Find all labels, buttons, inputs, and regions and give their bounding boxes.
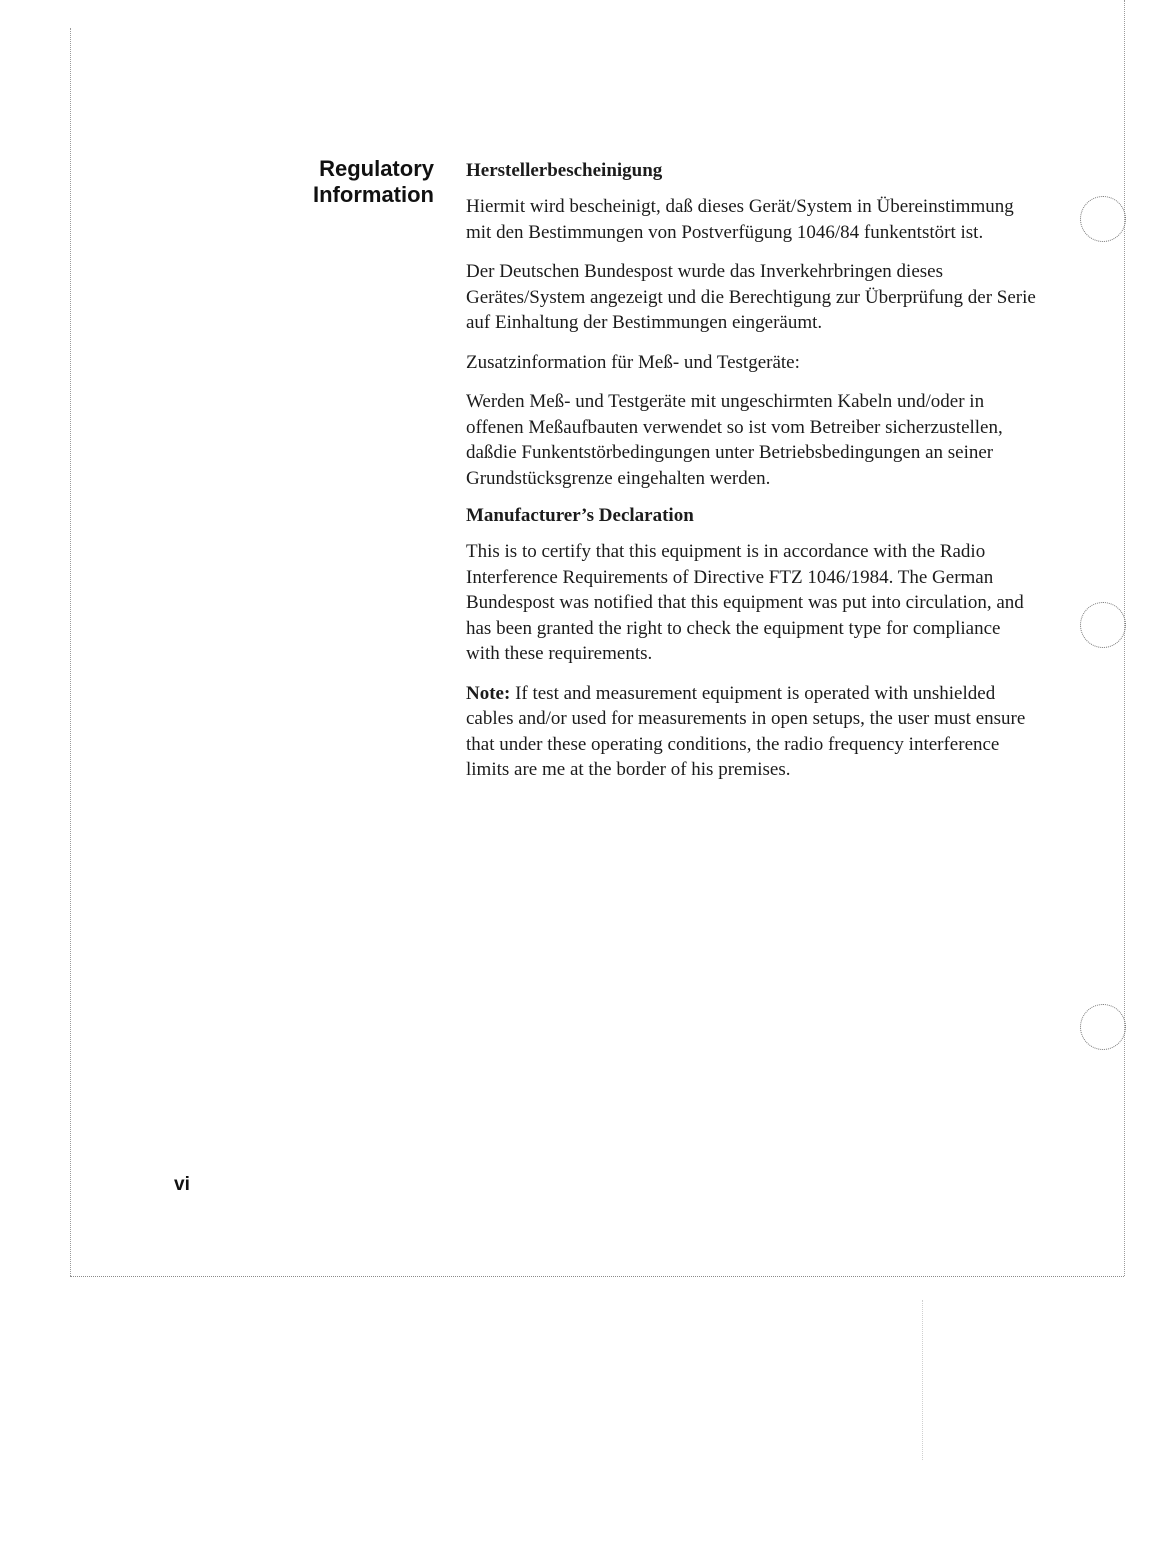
- page-edge-bottom: [70, 1276, 1124, 1277]
- side-heading: Regulatory Information: [300, 156, 434, 208]
- side-heading-line2: Information: [300, 182, 434, 208]
- side-heading-line1: Regulatory: [300, 156, 434, 182]
- punch-hole-icon: [1080, 196, 1126, 242]
- scan-artifact-line: [922, 1300, 923, 1460]
- english-paragraph: This is to certify that this equipment i…: [466, 539, 1036, 667]
- german-paragraph: Werden Meß- und Testgeräte mit ungeschir…: [466, 389, 1036, 491]
- page-number: vi: [174, 1174, 190, 1196]
- note-paragraph: Note: If test and measurement equipment …: [466, 681, 1036, 783]
- punch-hole-icon: [1080, 602, 1126, 648]
- page-edge-right: [1124, 0, 1125, 1276]
- german-title: Herstellerbescheinigung: [466, 160, 1036, 182]
- german-paragraph: Der Deutschen Bundespost wurde das Inver…: [466, 259, 1036, 336]
- note-text: If test and measurement equipment is ope…: [466, 683, 1025, 781]
- german-paragraph: Zusatzinformation für Meß- und Testgerät…: [466, 350, 1036, 376]
- main-content: Herstellerbescheinigung Hiermit wird bes…: [466, 160, 1036, 797]
- german-paragraph: Hiermit wird bescheinigt, daß dieses Ger…: [466, 194, 1036, 245]
- punch-hole-icon: [1080, 1004, 1126, 1050]
- note-label: Note:: [466, 683, 510, 704]
- page-edge-left: [70, 28, 71, 1276]
- english-title: Manufacturer’s Declaration: [466, 505, 1036, 527]
